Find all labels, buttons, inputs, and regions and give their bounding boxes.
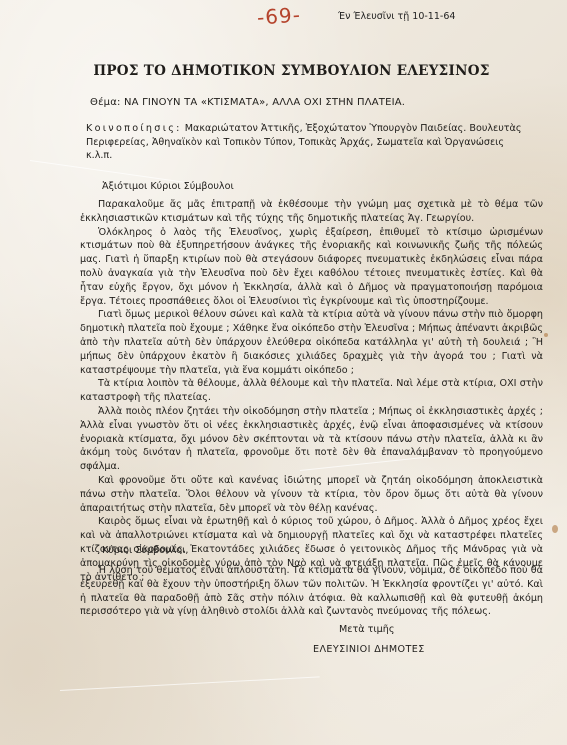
paragraph: Ὁλόκληρος ὁ λαὸς τῆς Ἐλευσῖνος, χωρὶς ἐξ… bbox=[80, 226, 543, 309]
rust-stain bbox=[552, 525, 558, 533]
paragraph: Ἡ λύση τοῦ θέματος εἶναι ἁπλουστάτη. Τὰ … bbox=[80, 564, 543, 619]
paragraph: Ἀλλὰ ποιὸς πλέον ζητάει τὴν οἰκοδόμηση σ… bbox=[80, 405, 543, 474]
dateline: Έν Έλευσῖνι τῇ 10-11-64 bbox=[338, 11, 455, 22]
closing-salutation: Κύριοι Σύμβουλοι, bbox=[102, 545, 188, 556]
signoff: Μετὰ τιμῆς bbox=[339, 624, 394, 635]
subject-line: Θέμα: ΝΑ ΓΙΝΟΥΝ ΤΑ «ΚΤΙΣΜΑΤΑ», ΑΛΛΑ ΟΧΙ … bbox=[90, 97, 405, 108]
paragraph: Τὰ κτίρια λοιπὸν τὰ θέλουμε, ἀλλὰ θέλουμ… bbox=[80, 377, 543, 405]
handwritten-page-number: -69- bbox=[256, 2, 301, 29]
cc-block: Κοινοποίησις: Μακαριώτατον Ἀττικῆς, Ἐξοχ… bbox=[86, 122, 526, 163]
document-title: ΠΡΟΣ ΤΟ ΔΗΜΟΤΙΚΟΝ ΣΥΜΒΟΥΛΙΟΝ ΕΛΕΥΣΙΝΟΣ bbox=[0, 63, 567, 79]
signature: ΕΛΕΥΣΙΝΙΟΙ ΔΗΜΟΤΕΣ bbox=[313, 644, 425, 655]
cc-label: Κοινοποίησις: bbox=[86, 123, 182, 134]
paragraph: Παρακαλοῦμε ἄς μᾶς ἐπιτραπῇ νὰ ἐκθέσουμε… bbox=[80, 198, 543, 226]
paragraph: Γιατὶ ὅμως μερικοὶ θέλουν σώνει καὶ καλὰ… bbox=[80, 308, 543, 377]
letter-body: Παρακαλοῦμε ἄς μᾶς ἐπιτραπῇ νὰ ἐκθέσουμε… bbox=[80, 198, 543, 584]
paragraph: Καὶ φρονοῦμε ὅτι οὔτε καὶ κανένας ἰδιώτη… bbox=[80, 474, 543, 515]
rust-stain bbox=[544, 333, 548, 337]
salutation: Ἀξιότιμοι Κύριοι Σύμβουλοι bbox=[102, 181, 234, 192]
closing-body: Ἡ λύση τοῦ θέματος εἶναι ἁπλουστάτη. Τὰ … bbox=[80, 564, 543, 619]
